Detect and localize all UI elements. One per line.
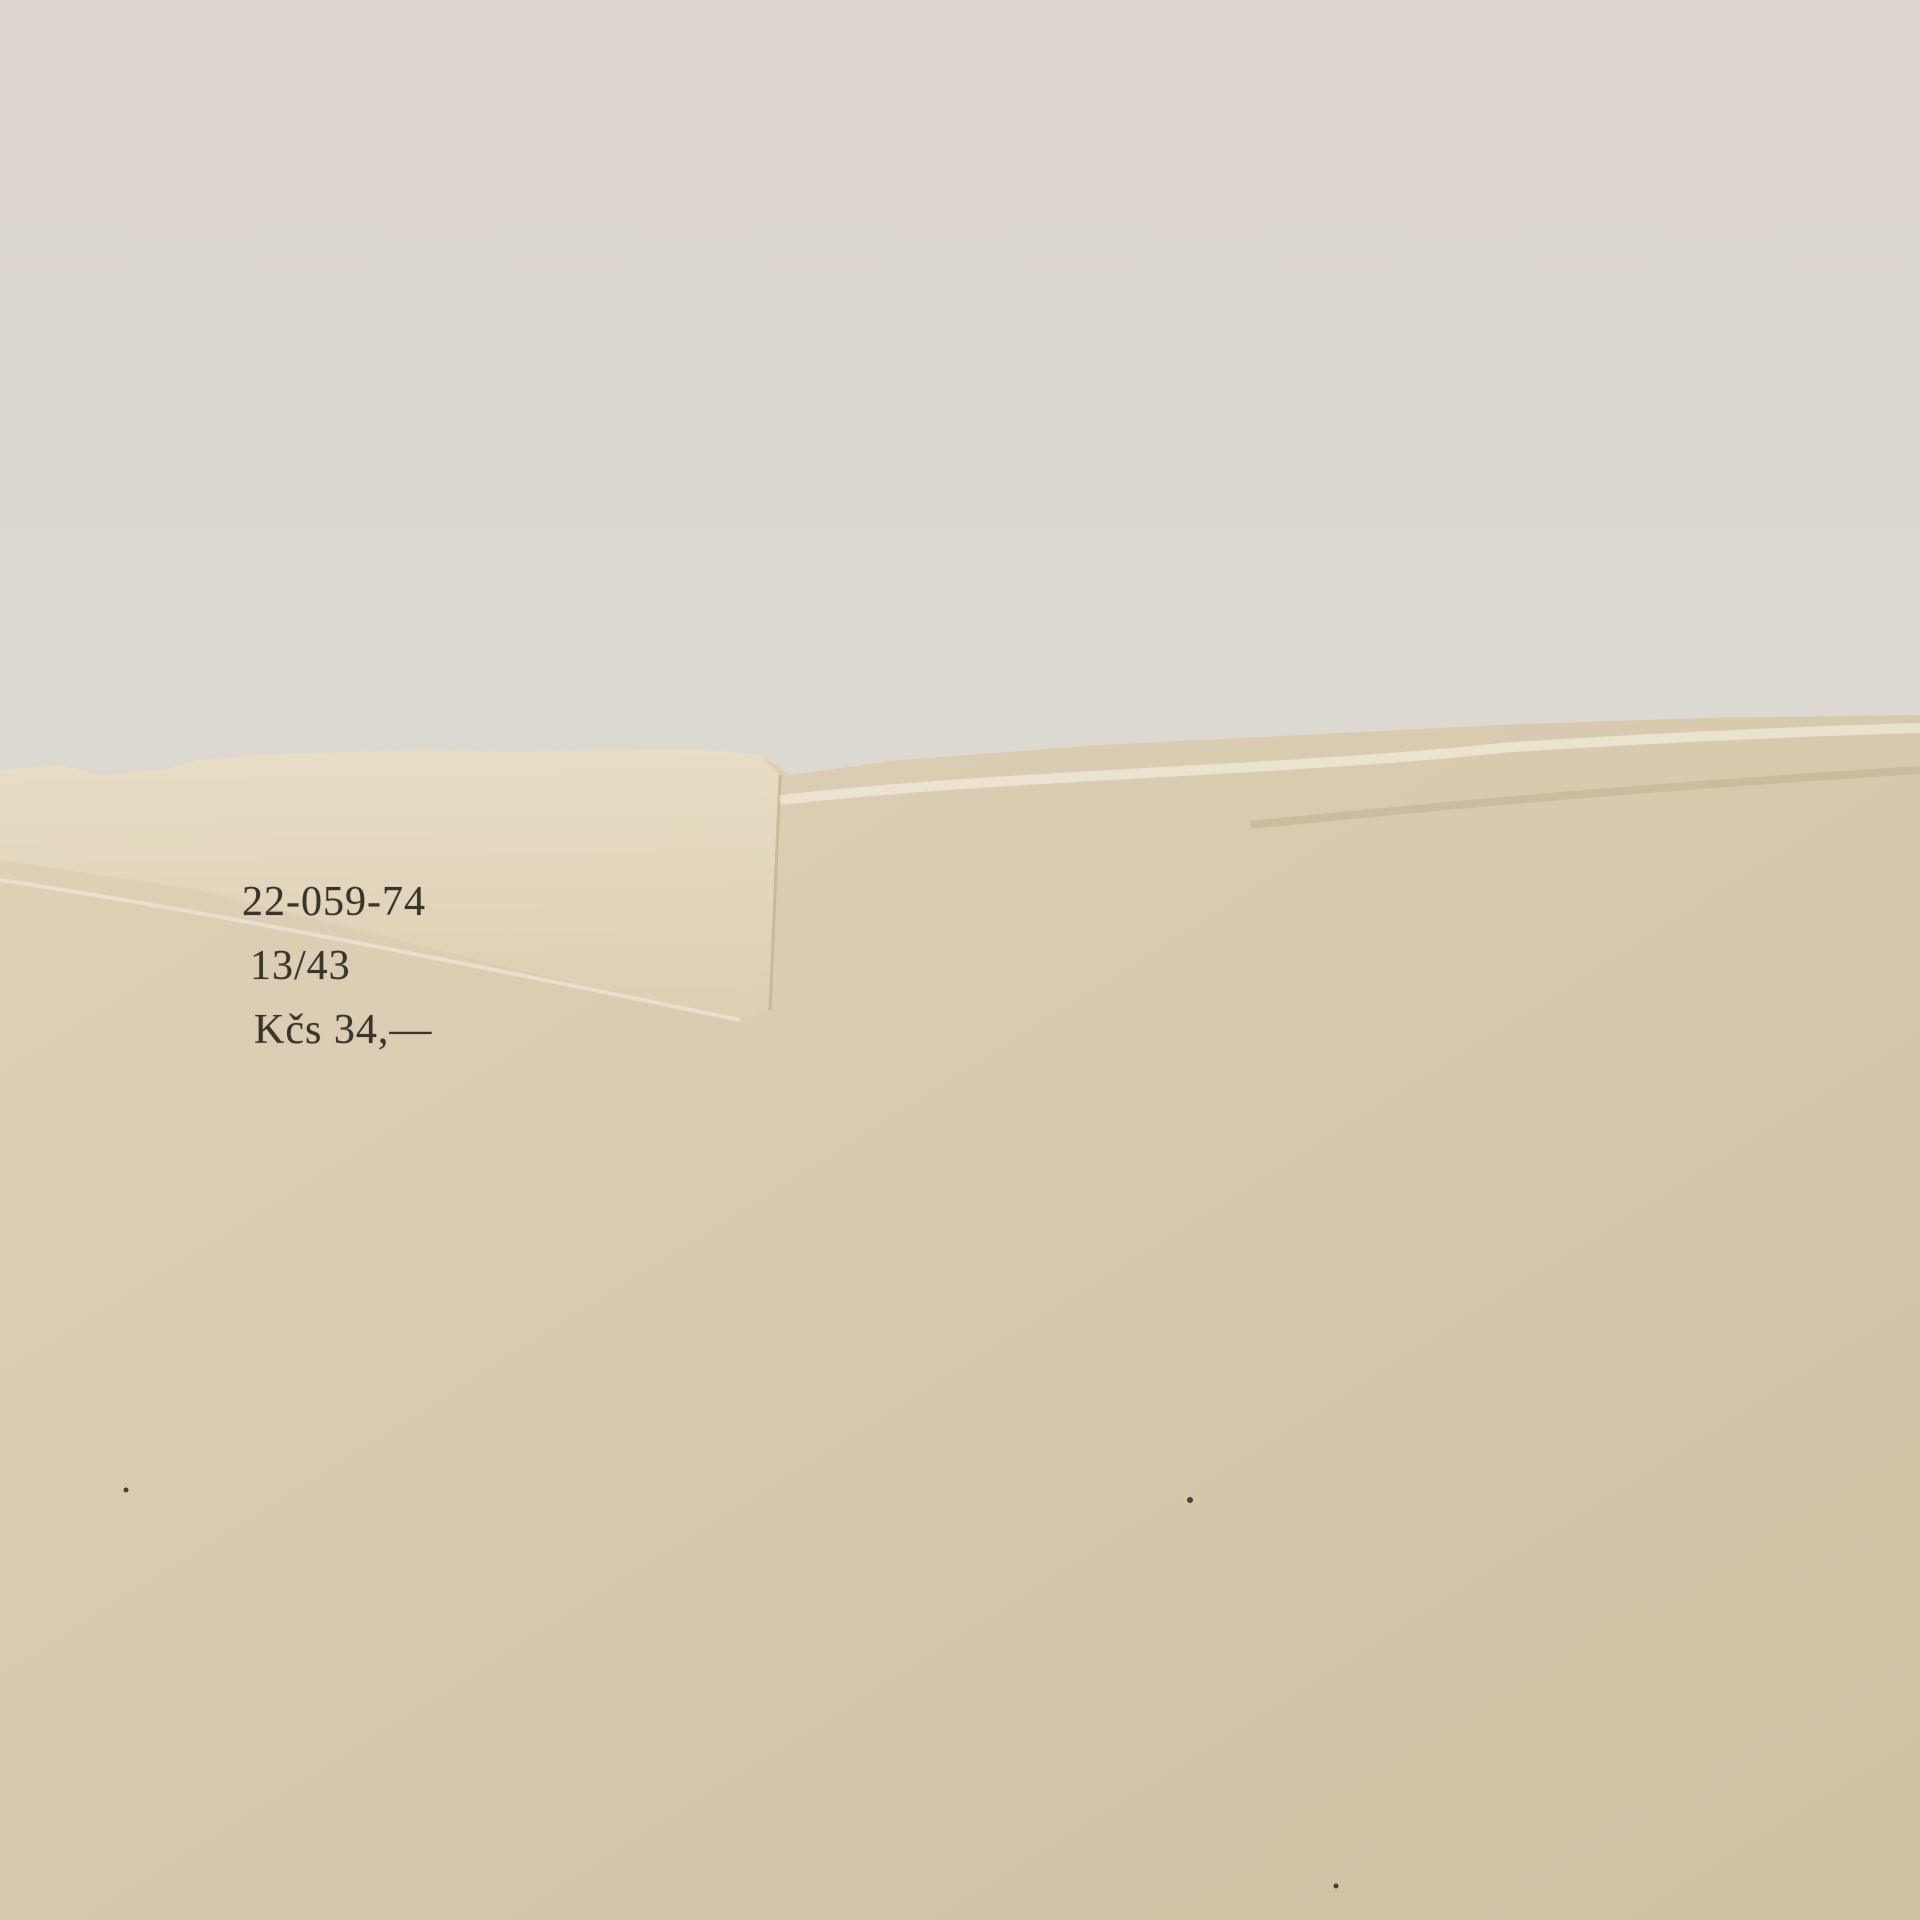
imprint-block: 22-059-74 13/43 Kčs 34,—	[240, 870, 432, 1062]
catalog-number: 22-059-74	[242, 870, 432, 934]
price-label: Kčs 34,—	[254, 998, 432, 1062]
print-code: 13/43	[250, 934, 432, 998]
